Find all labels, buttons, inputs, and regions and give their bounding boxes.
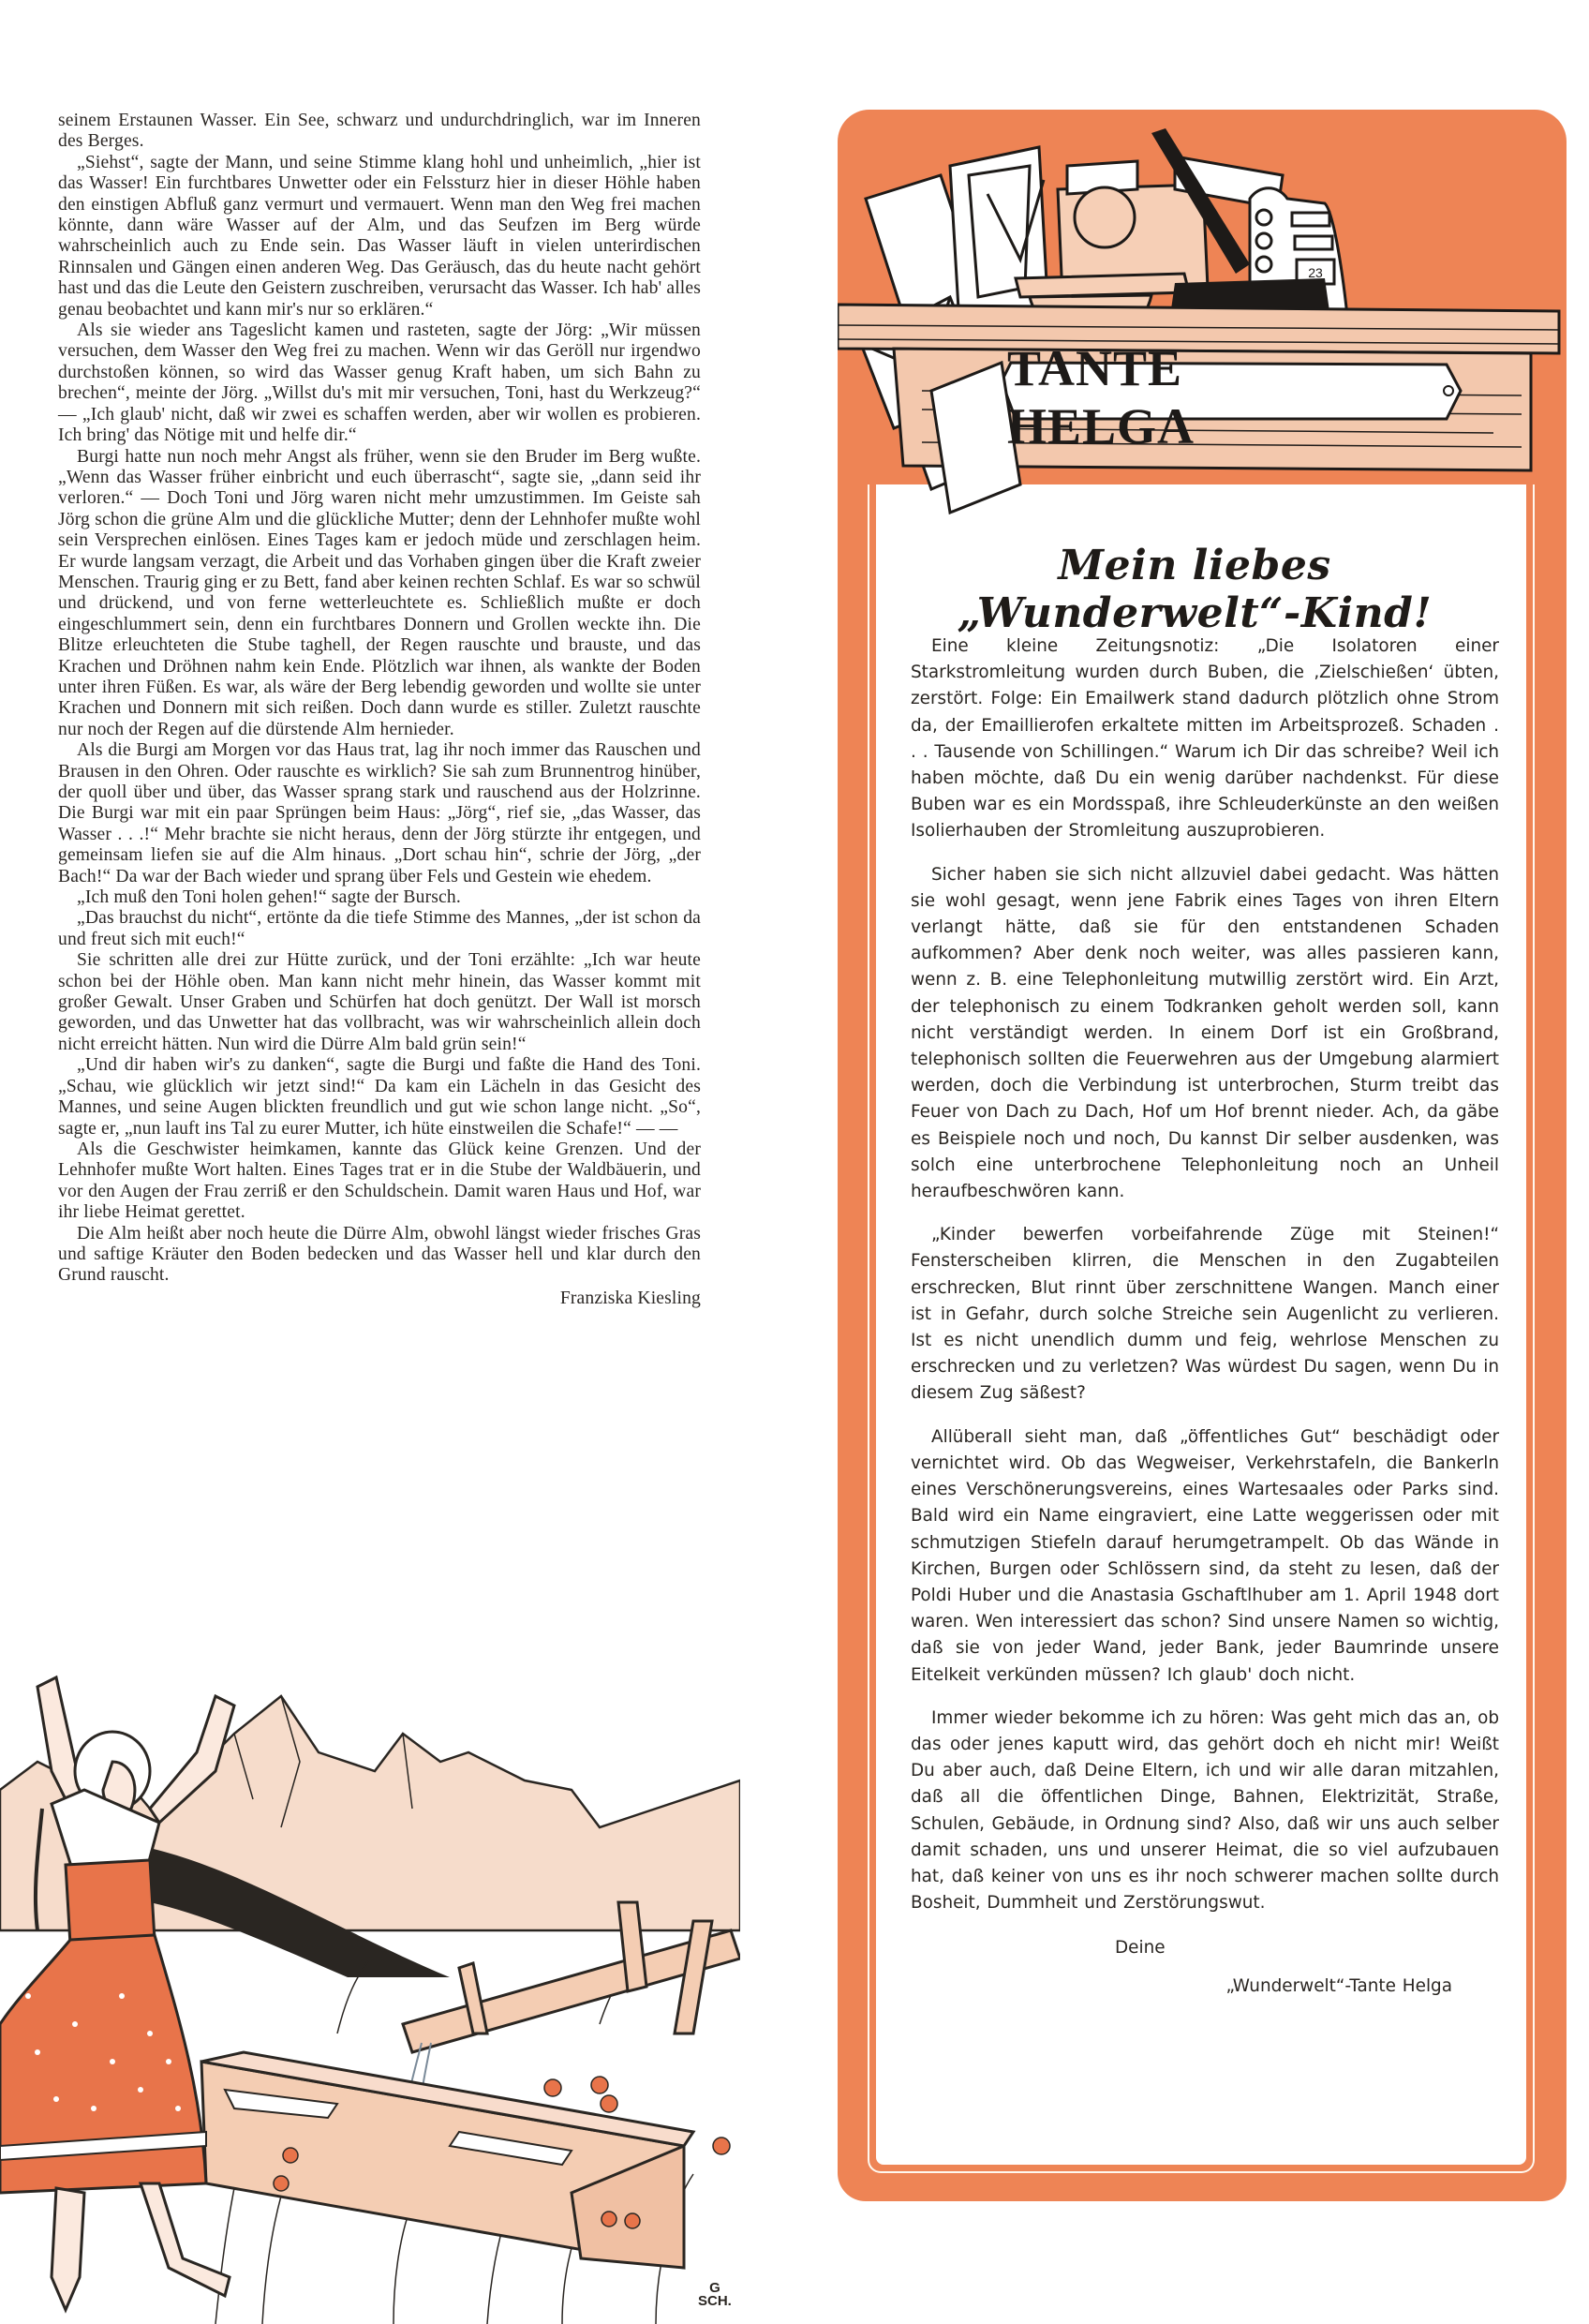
letter-signoff: „Wunderwelt“-Tante Helga [911, 1974, 1499, 2000]
story-paragraph: Als die Geschwister heimkamen, kannte da… [58, 1140, 701, 1224]
story-paragraph: „Ich muß den Toni holen gehen!“ sagte de… [58, 887, 701, 908]
svg-text:23: 23 [1308, 265, 1323, 280]
desk-shelf-illustration: 23 [838, 110, 1567, 550]
story-paragraph: Als sie wieder ans Tageslicht kamen und … [58, 320, 701, 446]
story-paragraph: Die Alm heißt aber noch heute die Dürre … [58, 1224, 701, 1287]
letter-paragraph: Immer wieder bekomme ich zu hören: Was g… [911, 1706, 1499, 1917]
story-paragraph: „Das brauchst du nicht“, ertönte da die … [58, 908, 701, 950]
letter-paragraph: Sicher haben sie sich nicht allzuviel da… [911, 862, 1499, 1206]
story-column: seinem Erstaunen Wasser. Ein See, schwar… [58, 111, 701, 1309]
story-paragraph: „Siehst“, sagte der Mann, und seine Stim… [58, 153, 701, 320]
letter-paragraph: „Kinder bewerfen vorbeifahrende Züge mit… [911, 1222, 1499, 1407]
girl-trough-illustration [0, 1621, 740, 2324]
story-paragraph: Als die Burgi am Morgen vor das Haus tra… [58, 740, 701, 887]
letter-closing: Deine [911, 1935, 1499, 1961]
letter-salutation: Mein liebes „Wunderwelt“-Kind! [899, 542, 1490, 637]
story-paragraph: Burgi hatte nun noch mehr Angst als früh… [58, 447, 701, 741]
story-author: Franziska Kiesling [58, 1289, 701, 1309]
artist-signature: G SCH. [698, 2282, 732, 2308]
letter-body: Eine kleine Zeitungsnotiz: „Die Isolator… [911, 633, 1499, 2000]
letter-paragraph: Eine kleine Zeitungsnotiz: „Die Isolator… [911, 633, 1499, 845]
story-paragraph: Sie schritten alle drei zur Hütte zurück… [58, 950, 701, 1055]
story-paragraph: seinem Erstaunen Wasser. Ein See, schwar… [58, 111, 701, 153]
masthead-title: TANTE HELGA [1007, 367, 1382, 427]
story-paragraph: „Und dir haben wir's zu danken“, sagte d… [58, 1055, 701, 1140]
letter-paragraph: Allüberall sieht man, daß „öffentliches … [911, 1424, 1499, 1689]
